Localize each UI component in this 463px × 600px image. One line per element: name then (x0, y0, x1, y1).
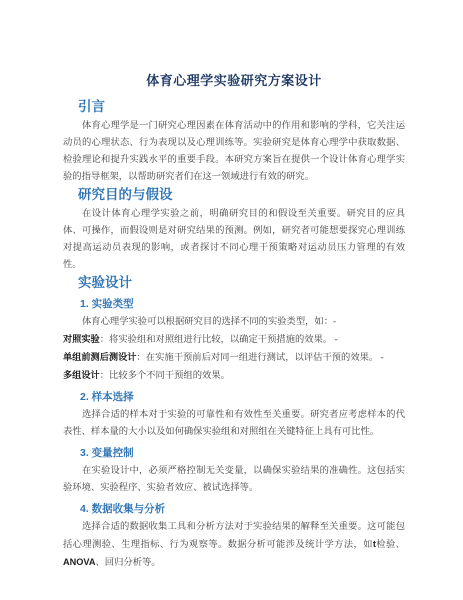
text-run: 在实验设计中，必须严格控制无关变量，以确保实验结果的准确性。这包括实验环境、实验… (63, 466, 405, 493)
text-run: 在设计体育心理学实验之前，明确研究目的和假设至关重要。研究目的应具体、可操作，而… (63, 209, 405, 270)
bold-text-run: 对照实验 (63, 334, 100, 344)
paragraph: 在设计体育心理学实验之前，明确研究目的和假设至关重要。研究目的应具体、可操作，而… (63, 206, 405, 274)
paragraph: 体育心理学实验可以根据研究目的选择不同的实验类型，如：- (63, 314, 405, 331)
subsection-heading: 3. 变量控制 (63, 445, 405, 461)
paragraph: 选择合适的数据收集工具和分析方法对于实验结果的解释至关重要。这可能包括心理测验、… (63, 519, 405, 572)
subsection-heading: 2. 样本选择 (63, 389, 405, 405)
text-run: 体育心理学是一门研究心理因素在体育活动中的作用和影响的学科，它关注运动员的心理状… (63, 121, 405, 182)
paragraph: 选择合适的样本对于实验的可靠性和有效性至关重要。研究者应考虑样本的代表性、样本量… (63, 407, 405, 441)
section-heading: 实验设计 (63, 274, 405, 292)
text-run: ：比较多个不同干预组的效果。 (100, 371, 230, 381)
text-run: 检验、 (376, 540, 405, 550)
section-heading: 引言 (63, 98, 405, 116)
bold-text-run: 多组设计 (63, 370, 100, 380)
text-run: 体育心理学实验可以根据研究目的选择不同的实验类型，如：- (82, 317, 336, 327)
document-title: 体育心理学实验研究方案设计 (63, 72, 405, 90)
paragraph: 对照实验：将实验组和对照组进行比较，以确定干预措施的效果。 - (63, 331, 405, 349)
text-run: 、回归分析等。 (96, 558, 161, 568)
subsection-heading: 1. 实验类型 (63, 296, 405, 312)
paragraph: 单组前测后测设计：在实施干预前后对同一组进行测试，以评估干预的效果。 - (63, 349, 405, 367)
paragraph: 体育心理学是一门研究心理因素在体育活动中的作用和影响的学科，它关注运动员的心理状… (63, 118, 405, 186)
bold-text-run: ANOVA (63, 557, 96, 567)
text-run: 选择合适的数据收集工具和分析方法对于实验结果的解释至关重要。这可能包括心理测验、… (63, 522, 405, 550)
document-body: 引言体育心理学是一门研究心理因素在体育活动中的作用和影响的学科，它关注运动员的心… (63, 98, 405, 572)
text-run: 选择合适的样本对于实验的可靠性和有效性至关重要。研究者应考虑样本的代表性、样本量… (63, 410, 405, 437)
section-heading: 研究目的与假设 (63, 186, 405, 204)
paragraph: 在实验设计中，必须严格控制无关变量，以确保实验结果的准确性。这包括实验环境、实验… (63, 463, 405, 497)
subsection-heading: 4. 数据收集与分析 (63, 501, 405, 517)
document-page: 体育心理学实验研究方案设计 引言体育心理学是一门研究心理因素在体育活动中的作用和… (0, 0, 463, 600)
bold-text-run: 单组前测后测设计 (63, 352, 137, 362)
text-run: ：在实施干预前后对同一组进行测试，以评估干预的效果。 - (137, 353, 384, 363)
text-run: ：将实验组和对照组进行比较，以确定干预措施的效果。 - (100, 335, 338, 345)
paragraph: 多组设计：比较多个不同干预组的效果。 (63, 367, 405, 385)
